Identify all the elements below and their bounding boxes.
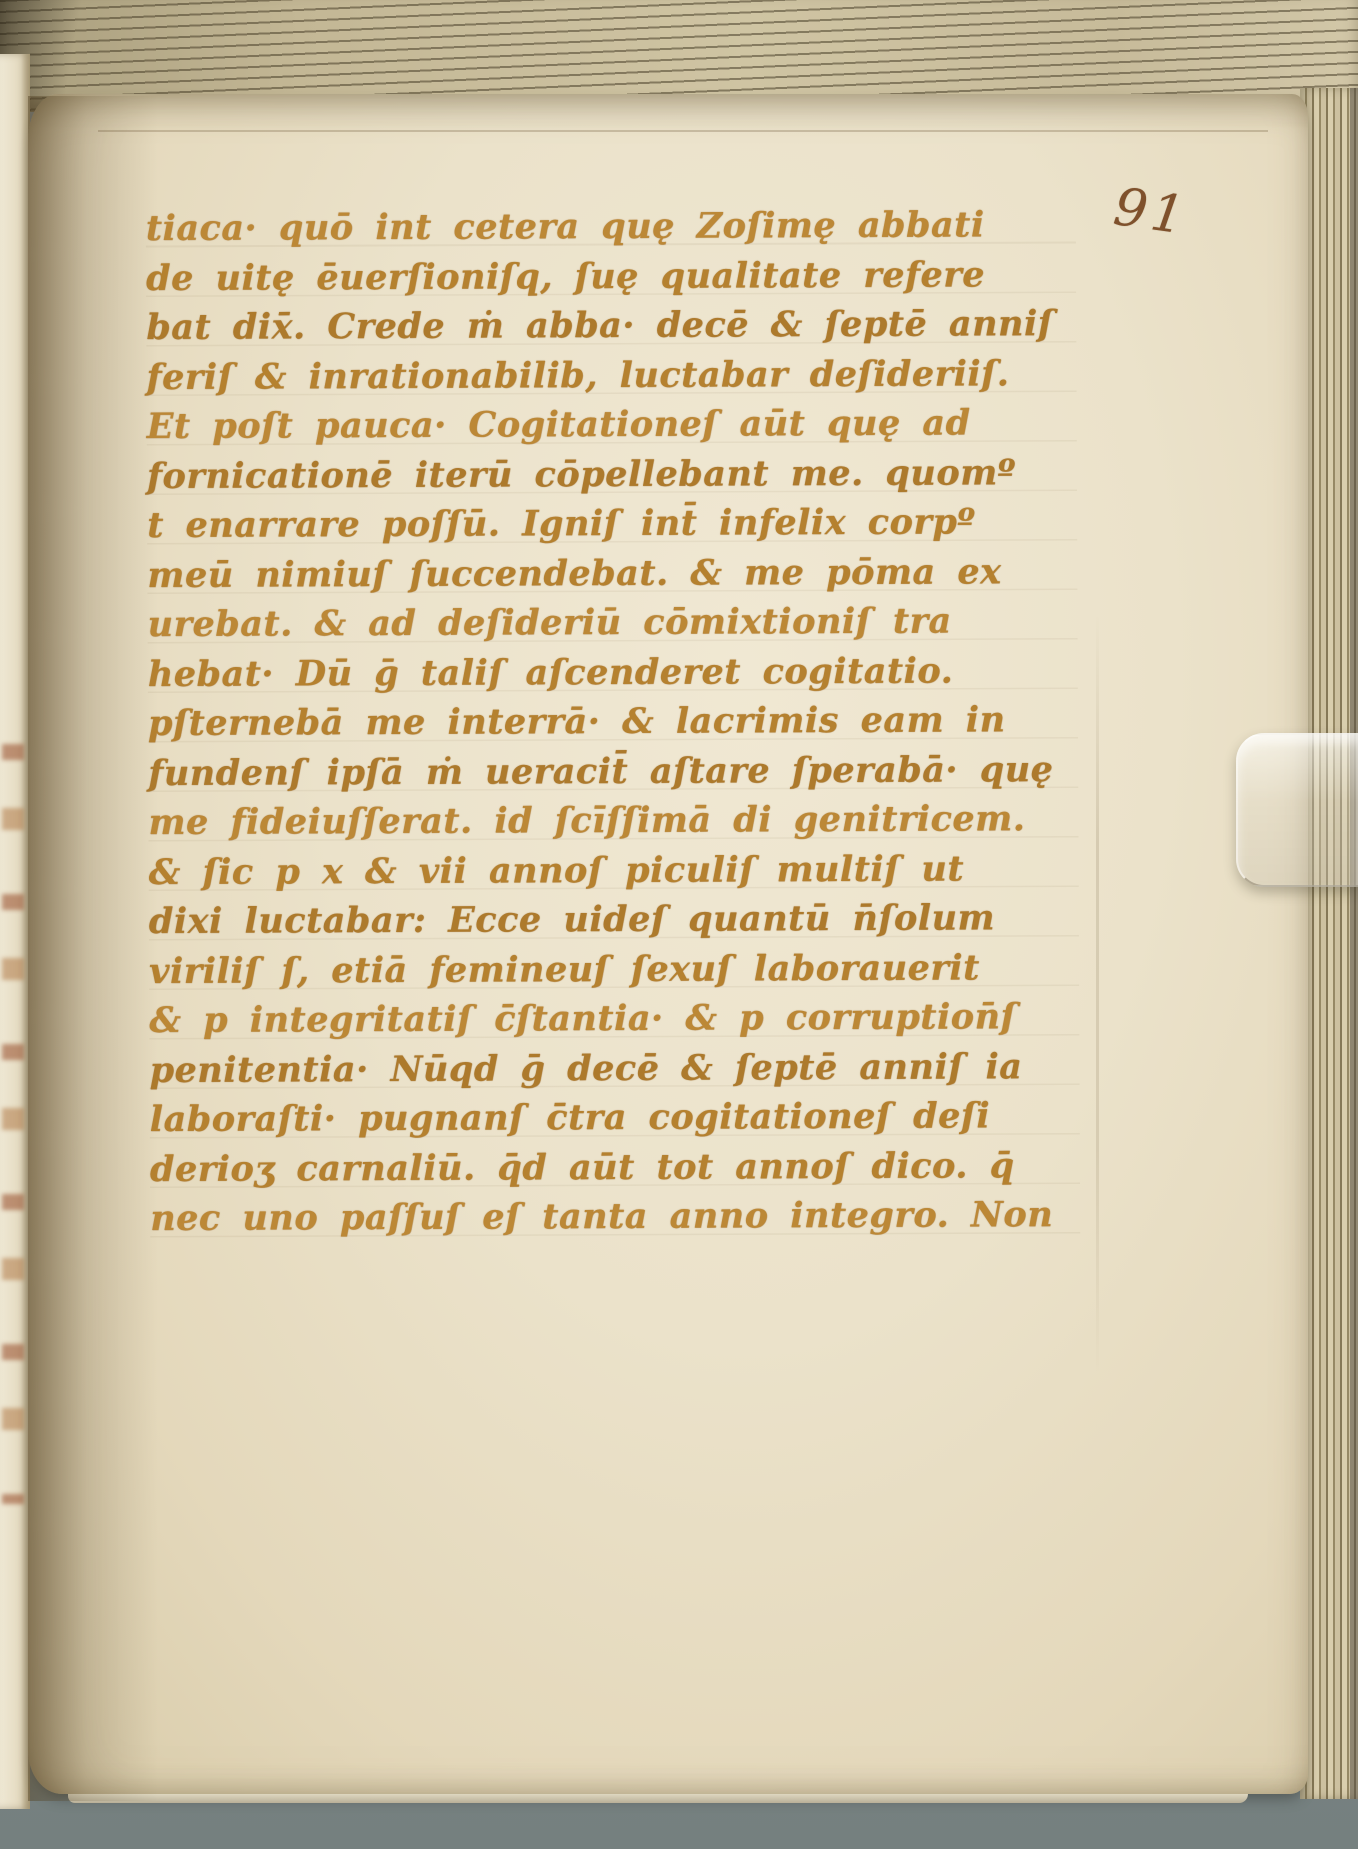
manuscript-line: & ſic p x & vii annoſ piculiſ multiſ ut <box>149 843 1079 897</box>
manuscript-text-block: tiaca· quō int cetera quę Zoſimę abbatid… <box>146 200 1081 1244</box>
manuscript-photo: 91 tiaca· quō int cetera quę Zoſimę abba… <box>0 0 1358 1849</box>
fore-edge-page-stack <box>1300 88 1358 1799</box>
manuscript-line: fornicationē iterū cōpellebant me. quomº <box>147 447 1077 501</box>
manuscript-line: penitentia· Nūqd ḡ decē & ſeptē anniſ ia <box>149 1041 1079 1095</box>
manuscript-line: tiaca· quō int cetera quę Zoſimę abbati <box>146 200 1076 254</box>
manuscript-line: fundenſ ipſā ṁ ueracit̄ aſtare ſperabā· … <box>148 744 1078 798</box>
manuscript-line: & p integritatiſ c̄ſtantia· & p corrupti… <box>149 992 1079 1046</box>
manuscript-line: viriliſ ſ, etiā femineuſ ſexuſ laborauer… <box>149 942 1079 996</box>
manuscript-line: derioʒ carnaliū. q̄d aūt tot annoſ dico.… <box>150 1140 1080 1194</box>
manuscript-line: nec uno paſſuſ eſ tanta anno integro. No… <box>150 1190 1080 1244</box>
manuscript-line: feriſ & inrationabilib, luctabar deſider… <box>146 348 1076 402</box>
manuscript-line: hebat· Dū ḡ taliſ aſcenderet cogitatio. <box>148 645 1078 699</box>
showthrough-text-fragments <box>2 744 24 1504</box>
manuscript-line: pſternebā me interrā· & lacrimis eam in <box>148 695 1078 749</box>
manuscript-page: 91 tiaca· quō int cetera quę Zoſimę abba… <box>28 94 1308 1794</box>
transparent-page-clip <box>1236 733 1358 887</box>
manuscript-line: dixi luctabar: Ecce uideſ quantū n̄ſolum <box>149 893 1079 947</box>
manuscript-line: de uitę ēuerſioniſq, ſuę qualitate refer… <box>146 249 1076 303</box>
folio-number: 91 <box>1110 177 1192 247</box>
manuscript-line: t enarrare poſſū. Igniſ int̄ infelix cor… <box>147 497 1077 551</box>
manuscript-line: meū nimiuſ ſuccendebat. & me pōma ex <box>147 546 1077 600</box>
manuscript-line: urebat. & ad deſideriū cōmixtioniſ tra <box>147 596 1077 650</box>
manuscript-line: laboraſti· pugnanſ c̄tra cogitationeſ de… <box>150 1091 1080 1145</box>
facing-page-sliver <box>0 54 30 1809</box>
parchment-fold-line <box>1096 614 1099 1374</box>
manuscript-line: bat dix̄. Crede ṁ abba· decē & ſeptē ann… <box>146 299 1076 353</box>
manuscript-line: Et poſt pauca· Cogitationeſ aūt quę ad <box>147 398 1077 452</box>
manuscript-line: me fideiuſſerat. id ſcīſſimā di genitric… <box>148 794 1078 848</box>
